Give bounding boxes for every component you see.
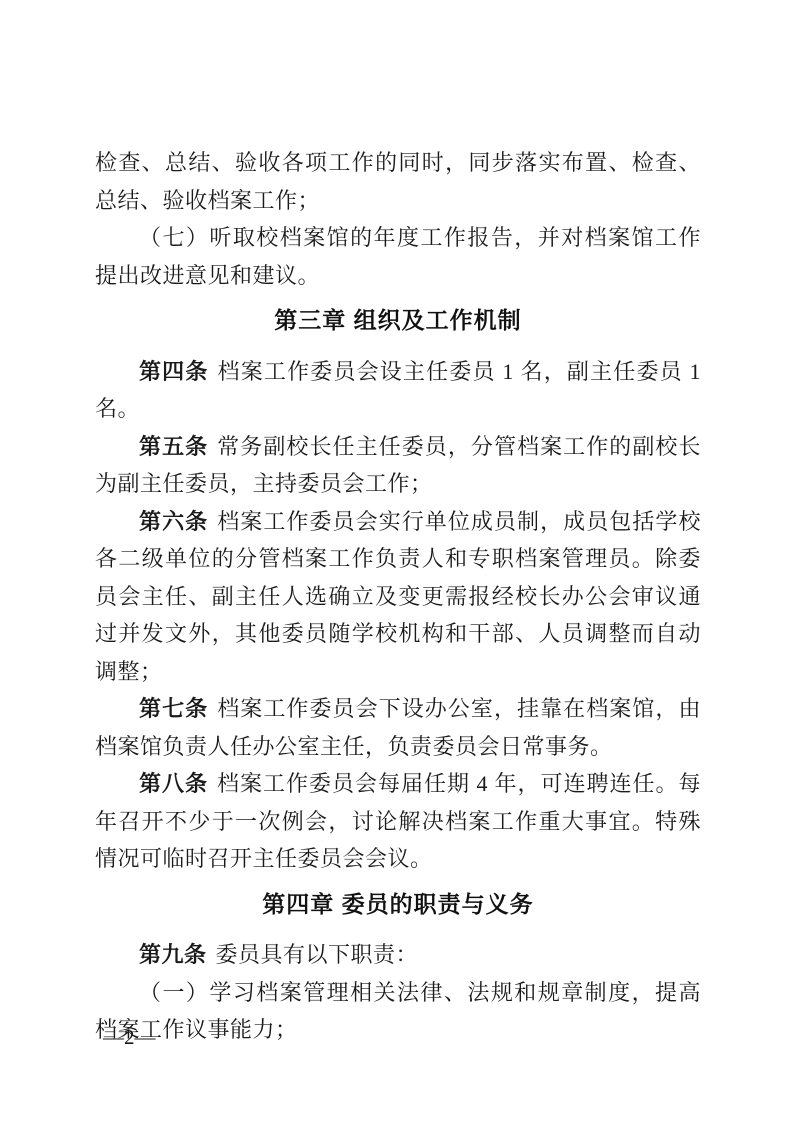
article-5-paragraph: 第五条常务副校长任主任委员，分管档案工作的副校长为副主任委员，主持委员会工作；	[95, 428, 701, 503]
chapter4-heading: 第四章 委员的职责与义务	[95, 886, 701, 924]
chapter3-heading: 第三章 组织及工作机制	[95, 302, 701, 340]
article-7-paragraph: 第七条档案工作委员会下设办公室，挂靠在档案馆，由档案馆负责人任办公室主任，负责委…	[95, 690, 701, 765]
article-6-paragraph: 第六条档案工作委员会实行单位成员制，成员包括学校各二级单位的分管档案工作负责人和…	[95, 503, 701, 691]
item-one-paragraph: （一）学习档案管理相关法律、法规和规章制度，提高档案工作议事能力；	[95, 974, 701, 1049]
article-4-paragraph: 第四条档案工作委员会设主任委员 1 名，副主任委员 1 名。	[95, 353, 701, 428]
continuation-paragraph: 检查、总结、验收各项工作的同时，同步落实布置、检查、总结、验收档案工作；	[95, 144, 701, 219]
article-6-text: 档案工作委员会实行单位成员制，成员包括学校各二级单位的分管档案工作负责人和专职档…	[95, 509, 701, 684]
item-seven-paragraph: （七）听取校档案馆的年度工作报告，并对档案馆工作提出改进意见和建议。	[95, 219, 701, 294]
document-page: 检查、总结、验收各项工作的同时，同步落实布置、检查、总结、验收档案工作； （七）…	[0, 0, 794, 1122]
article-9-paragraph: 第九条委员具有以下职责：	[95, 936, 701, 974]
article-8-label: 第八条	[139, 771, 208, 796]
document-text-block: 检查、总结、验收各项工作的同时，同步落实布置、检查、总结、验收档案工作； （七）…	[95, 144, 701, 1049]
article-5-label: 第五条	[139, 434, 208, 459]
article-8-paragraph: 第八条档案工作委员会每届任期 4 年，可连聘连任。每年召开不少于一次例会，讨论解…	[95, 765, 701, 878]
article-9-text: 委员具有以下职责：	[216, 942, 419, 967]
article-6-label: 第六条	[139, 509, 208, 534]
article-9-label: 第九条	[139, 942, 207, 967]
article-4-label: 第四条	[139, 359, 209, 384]
article-7-label: 第七条	[139, 696, 208, 721]
page-number: —2—	[103, 1025, 156, 1050]
